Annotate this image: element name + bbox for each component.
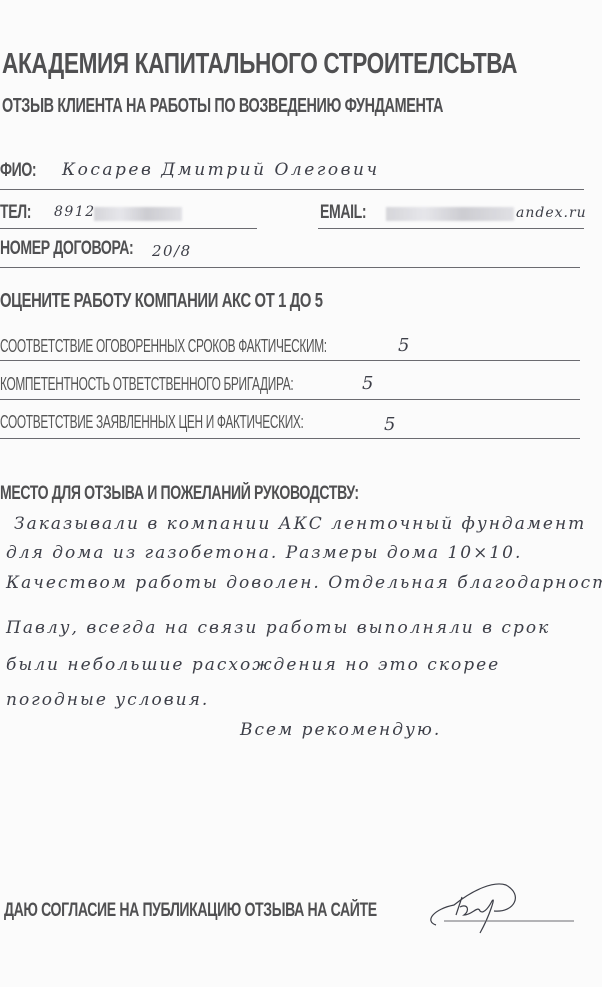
rating-item-label: СООТВЕТСТВИЕ ОГОВОРЕННЫХ СРОКОВ ФАКТИЧЕС… bbox=[0, 336, 327, 357]
phone-value: 8912 bbox=[54, 204, 96, 220]
rating-item-score: 5 bbox=[362, 373, 375, 394]
email-redaction bbox=[386, 207, 514, 221]
rating-item-label: КОМПЕТЕНТНОСТЬ ОТВЕТСТВЕННОГО БРИГАДИРА: bbox=[0, 374, 293, 395]
phone-line bbox=[0, 228, 257, 229]
contract-label: НОМЕР ДОГОВОРА: bbox=[0, 238, 133, 260]
contract-value: 20/8 bbox=[152, 242, 192, 260]
rating-heading: ОЦЕНИТЕ РАБОТУ КОМПАНИИ АКС ОТ 1 ДО 5 bbox=[0, 290, 323, 313]
contract-line bbox=[0, 267, 580, 268]
review-line: Всем рекомендую. bbox=[240, 720, 441, 740]
fio-label: ФИО: bbox=[0, 160, 36, 182]
review-line: Заказывали в компании АКС ленточный фунд… bbox=[14, 514, 586, 534]
email-value: andex.ru bbox=[516, 205, 587, 221]
fio-line bbox=[0, 189, 584, 190]
rating-item-score: 5 bbox=[384, 414, 397, 435]
rating-line bbox=[0, 360, 580, 361]
signature-icon bbox=[424, 875, 584, 935]
review-line: были небольшие расхождения но это скорее bbox=[6, 655, 500, 675]
rating-item-score: 5 bbox=[398, 335, 411, 356]
phone-label: ТЕЛ: bbox=[0, 202, 31, 224]
rating-item-label: СООТВЕТСТВИЕ ЗАЯВЛЕННЫХ ЦЕН И ФАКТИЧЕСКИ… bbox=[0, 412, 303, 433]
email-line bbox=[318, 228, 584, 229]
review-heading: МЕСТО ДЛЯ ОТЗЫВА И ПОЖЕЛАНИЙ РУКОВОДСТВУ… bbox=[0, 483, 359, 505]
review-line: для дома из газобетона. Размеры дома 10×… bbox=[6, 543, 522, 563]
review-line: погодные условия. bbox=[6, 690, 209, 710]
header-title: АКАДЕМИЯ КАПИТАЛЬНОГО СТРОИТЕЛСЬТВА bbox=[2, 48, 517, 81]
consent-label: ДАЮ СОГЛАСИЕ НА ПУБЛИКАЦИЮ ОТЗЫВА НА САЙ… bbox=[4, 900, 377, 922]
phone-redaction bbox=[94, 207, 182, 221]
fio-value: Косарев Дмитрий Олегович bbox=[62, 160, 380, 180]
rating-line bbox=[0, 399, 580, 400]
header-subtitle: ОТЗЫВ КЛИЕНТА НА РАБОТЫ ПО ВОЗВЕДЕНИЮ ФУ… bbox=[2, 95, 443, 118]
rating-line bbox=[0, 438, 580, 439]
review-line: Качеством работы доволен. Отдельная благ… bbox=[6, 573, 602, 593]
review-line: Павлу, всегда на связи работы выполняли … bbox=[6, 618, 550, 638]
email-label: EMAIL: bbox=[320, 202, 366, 224]
